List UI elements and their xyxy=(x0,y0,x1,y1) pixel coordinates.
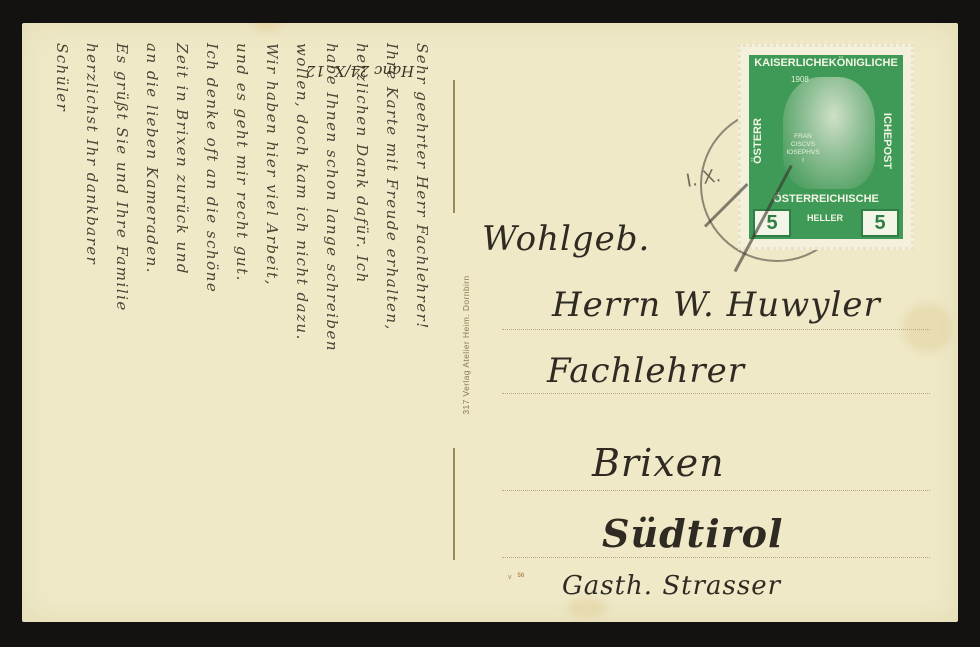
message-line: Zeit in Brixen zurück und xyxy=(173,43,191,603)
center-divider xyxy=(453,448,455,560)
message-line: Ihre Karte mit Freude erhalten, xyxy=(383,43,401,603)
address-rule xyxy=(502,393,930,394)
paper-stain xyxy=(252,23,282,31)
message-date: Hanc 24/X. 12 xyxy=(306,62,414,80)
stamp-caption-line: FRAN xyxy=(785,133,821,141)
stamp-design: KAISERLICHEKÖNIGLICHE ÖSTERR ICHEPOST ÖS… xyxy=(749,55,903,239)
stamp-caption-line: CISCVS xyxy=(785,141,821,149)
address-salutation: Wohlgeb. xyxy=(482,219,650,259)
handwritten-message: Sehr geehrter Herr Fachlehrer! Ihre Kart… xyxy=(30,33,430,613)
stamp-top-text: KAISERLICHEKÖNIGLICHE xyxy=(749,57,903,69)
center-divider xyxy=(453,80,455,213)
message-line: an die lieben Kameraden. xyxy=(143,43,161,603)
address-rule xyxy=(502,557,930,558)
address-recipient: Herrn W. Huwyler xyxy=(552,285,881,325)
stamp-left-text: ÖSTERR xyxy=(752,118,764,164)
paper-stain xyxy=(902,303,952,353)
address-region: Südtirol xyxy=(602,511,783,556)
address-city: Brixen xyxy=(592,441,725,485)
message-line: Es grüßt Sie und Ihre Familie xyxy=(113,43,131,603)
message-line: Schüler xyxy=(53,43,71,603)
message-line: Sehr geehrter Herr Fachlehrer! xyxy=(413,43,431,603)
message-line: Wir haben hier viel Arbeit, xyxy=(263,43,281,603)
message-line: herzlichst Ihr dankbarer xyxy=(83,43,101,603)
stamp-caption: FRAN CISCVS IOSEPHVS I xyxy=(785,133,821,165)
address-extra: Gasth. Strasser xyxy=(562,571,781,601)
stamp-caption-line: I xyxy=(785,157,821,165)
print-code-number: 56 xyxy=(518,573,525,579)
print-code: v56 xyxy=(508,573,524,581)
stamp-right-text: ICHEPOST xyxy=(881,113,893,169)
print-code-letter: v xyxy=(508,574,512,581)
message-line: herzlichen Dank dafür. Ich xyxy=(353,43,371,603)
address-rule xyxy=(502,490,930,491)
publisher-imprint: 317 Verlag Atelier Heim. Dornbirn xyxy=(461,275,471,414)
message-line: und es geht mir recht gut. xyxy=(233,43,251,603)
stamp-value-right: 5 xyxy=(861,209,899,237)
stamp-year: 1908 xyxy=(791,75,809,84)
paper-stain xyxy=(567,598,607,618)
message-line: wollen, doch kam ich nicht dazu. xyxy=(293,43,311,603)
stamp-denomination: HELLER xyxy=(797,213,853,223)
message-line: Ich denke oft an die schöne xyxy=(203,43,221,603)
message-line: habe Ihnen schon lange schreiben xyxy=(323,43,341,603)
address-title: Fachlehrer xyxy=(547,351,745,391)
stamp-caption-line: IOSEPHVS xyxy=(785,149,821,157)
address-rule xyxy=(502,329,930,330)
